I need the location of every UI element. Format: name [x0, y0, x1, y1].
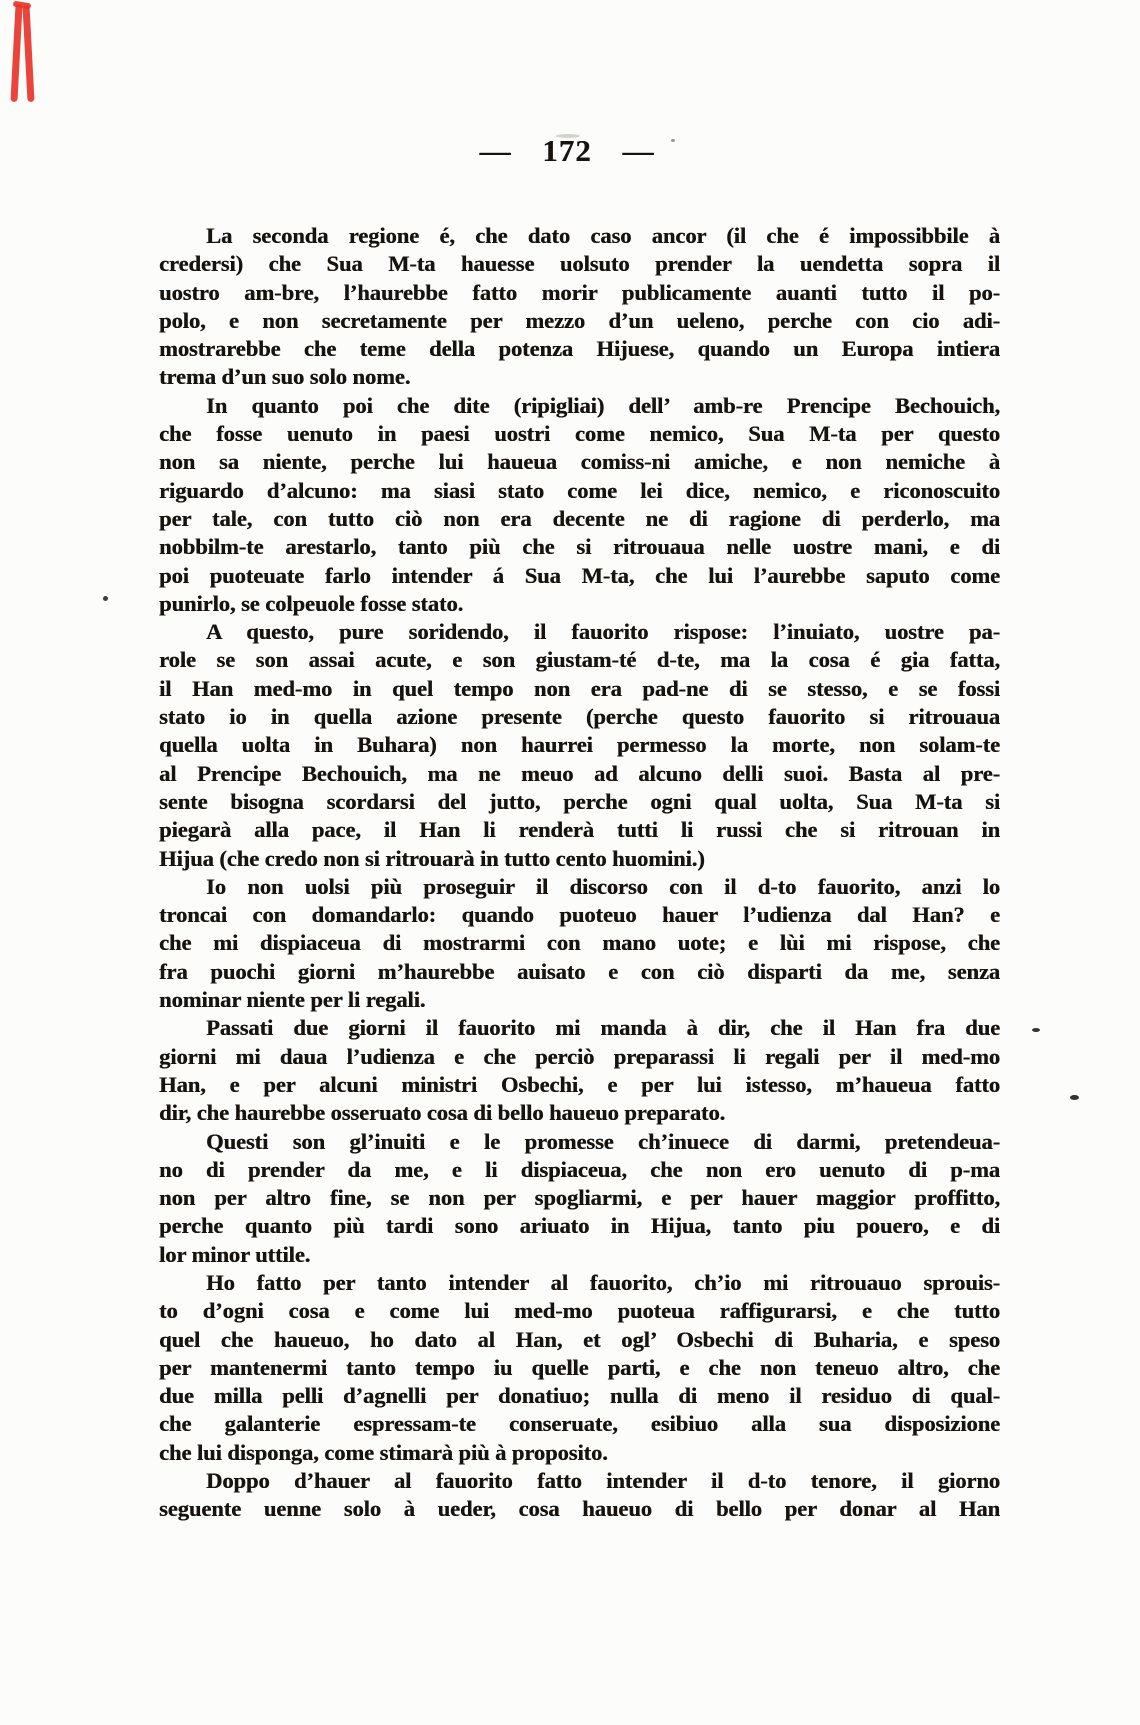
text-line: che mi dispiaceua di mostrarmi con mano … — [159, 929, 1000, 957]
text-line: due milla pelli d’agnelli per donatiuo; … — [159, 1382, 1000, 1410]
text-line: Hijua (che credo non si ritrouarà in tut… — [159, 845, 1000, 873]
text-line: Ho fatto per tanto intender al fauorito,… — [159, 1269, 1000, 1297]
text-line: nobbilm-te arestarlo, tanto più che si r… — [159, 533, 1000, 561]
text-line: La seconda regione é, che dato caso anco… — [159, 222, 1000, 250]
red-pen-mark — [10, 4, 22, 102]
text-line: punirlo, se colpeuole fosse stato. — [159, 590, 1000, 618]
text-line: Doppo d’hauer al fauorito fatto intender… — [159, 1467, 1000, 1495]
text-line: Han, e per alcuni ministri Osbechi, e pe… — [159, 1071, 1000, 1099]
text-line: per mantenermi tanto tempo iu quelle par… — [159, 1354, 1000, 1382]
text-line: trema d’un suo solo nome. — [159, 363, 1000, 391]
text-line: quel che haueuo, ho dato al Han, et ogl’… — [159, 1326, 1000, 1354]
text-line: Passati due giorni il fauorito mi manda … — [159, 1014, 1000, 1042]
text-line: lor minor uttile. — [159, 1241, 1000, 1269]
text-line: fra puochi giorni m’haurebbe auisato e c… — [159, 958, 1000, 986]
text-line: polo, e non secretamente per mezzo d’un … — [159, 307, 1000, 335]
text-line: nominar niente per li regali. — [159, 986, 1000, 1014]
text-line: Io non uolsi più proseguir il discorso c… — [159, 873, 1000, 901]
text-line: il Han med-mo in quel tempo non era pad-… — [159, 675, 1000, 703]
red-pen-mark — [22, 5, 34, 102]
text-line: to d’ogni cosa e come lui med-mo puoteua… — [159, 1297, 1000, 1325]
text-line: no di prender da me, e li dispiaceua, ch… — [159, 1156, 1000, 1184]
text-block: La seconda regione é, che dato caso anco… — [159, 222, 1000, 1524]
text-line: stato io in quella azione presente (perc… — [159, 703, 1000, 731]
text-line: In quanto poi che dite (ripigliai) dell’… — [159, 392, 1000, 420]
scanned-book-page: — 172 — La seconda regione é, che dato c… — [0, 0, 1140, 1725]
text-line: sente bisogna scordarsi del jutto, perch… — [159, 788, 1000, 816]
text-line: riguardo d’alcuno: ma siasi stato come l… — [159, 477, 1000, 505]
text-line: dir, che haurebbe osseruato cosa di bell… — [159, 1099, 1000, 1127]
text-line: uostro am-bre, l’haurebbe fatto morir pu… — [159, 279, 1000, 307]
ink-speck — [671, 139, 675, 142]
text-line: non per altro fine, se non per spogliarm… — [159, 1184, 1000, 1212]
ink-speck — [103, 596, 108, 601]
text-line: troncai con domandarlo: quando puoteuo h… — [159, 901, 1000, 929]
page-number: — 172 — — [0, 133, 1134, 169]
text-line: quella uolta in Buhara) non haurrei perm… — [159, 731, 1000, 759]
ink-speck — [1032, 1028, 1040, 1032]
text-line: che lui disponga, come stimarà più à pro… — [159, 1439, 1000, 1467]
ink-speck — [556, 134, 580, 138]
text-line: piegarà alla pace, il Han li renderà tut… — [159, 816, 1000, 844]
text-line: A questo, pure soridendo, il fauorito ri… — [159, 618, 1000, 646]
text-line: credersi) che Sua M-ta hauesse uolsuto p… — [159, 250, 1000, 278]
text-line: poi puoteuate farlo intender á Sua M-ta,… — [159, 562, 1000, 590]
text-line: che fosse uenuto in paesi uostri come ne… — [159, 420, 1000, 448]
text-line: giorni mi daua l’udienza e che perciò pr… — [159, 1043, 1000, 1071]
text-line: non sa niente, perche lui haueua comiss-… — [159, 448, 1000, 476]
text-line: al Prencipe Bechouich, ma ne meuo ad alc… — [159, 760, 1000, 788]
text-line: role se son assai acute, e son giustam-t… — [159, 646, 1000, 674]
text-line: che galanterie espressam-te conseruate, … — [159, 1410, 1000, 1438]
text-line: Questi son gl’inuiti e le promesse ch’in… — [159, 1128, 1000, 1156]
text-line: perche quanto più tardi sono ariuato in … — [159, 1212, 1000, 1240]
text-line: per tale, con tutto ciò non era decente … — [159, 505, 1000, 533]
text-line: mostrarebbe che teme della potenza Hijue… — [159, 335, 1000, 363]
ink-speck — [1070, 1095, 1079, 1100]
text-line: seguente uenne solo à ueder, cosa haueuo… — [159, 1495, 1000, 1523]
